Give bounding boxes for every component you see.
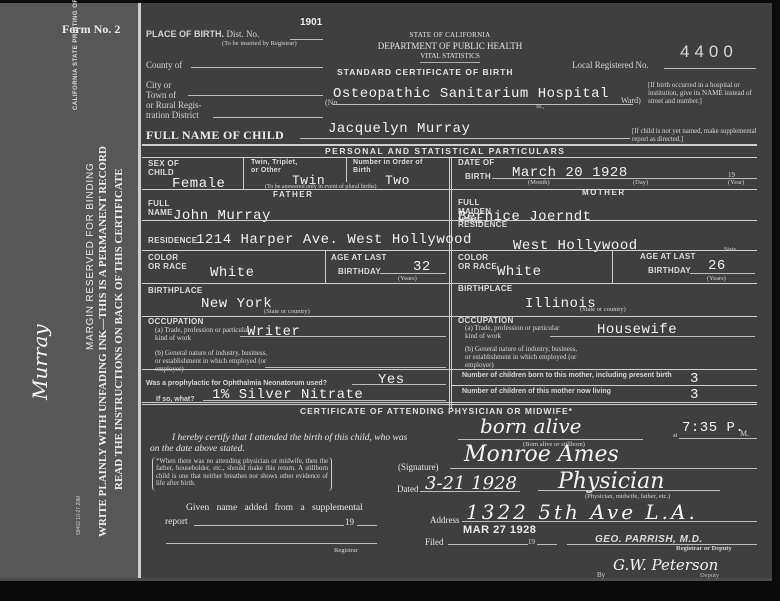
sex-label: SEX OF CHILD	[148, 159, 198, 177]
father-heading: FATHER	[273, 190, 313, 199]
mother-occ-b-label: (b) General nature of industry, business…	[465, 345, 580, 369]
father-occ-a-label: (a) Trade, profession or particular kind…	[155, 326, 260, 342]
mother-color-label: COLOR OR RACE	[458, 253, 502, 271]
county-field	[191, 67, 323, 68]
father-occ-underline	[240, 336, 446, 337]
color-rule	[142, 283, 757, 284]
mother-residence: West Hollywood	[513, 238, 638, 254]
father-name: John Murray	[173, 208, 271, 224]
children-rule	[452, 385, 757, 386]
supplemental-year-underline	[357, 525, 377, 526]
year-prefix: 19	[728, 171, 735, 179]
born-status: born alive	[480, 414, 582, 438]
month-label: (Month)	[528, 179, 550, 187]
father-age-divider	[325, 251, 326, 283]
certify-statement-2: on the date above stated.	[150, 444, 245, 454]
mother-state-label: (State or country)	[580, 306, 626, 314]
dob-label-birth: BIRTH	[465, 172, 491, 181]
supplemental-registrar-field	[166, 543, 377, 544]
state-heading: STATE OF CALIFORNIA	[380, 31, 520, 39]
father-occ-b-underline	[265, 367, 446, 368]
children-born-label: Number of children born to this mother, …	[462, 371, 672, 380]
father-years-label: (Years)	[398, 275, 417, 283]
by-label: By	[597, 571, 605, 579]
supplemental-report-label: report	[165, 517, 188, 527]
filed-underline	[448, 544, 528, 545]
occupation-rule	[142, 369, 757, 370]
row1-rule	[142, 189, 757, 190]
child-name-note: [If child is not yet named, make supplem…	[632, 128, 762, 144]
street-label: St.,	[536, 103, 544, 111]
filed-stamp: MAR 27 1928	[463, 524, 536, 536]
supplemental-year: 19	[345, 517, 354, 527]
mother-age-label: AGE AT LAST	[640, 252, 696, 261]
mother-age-underline	[690, 273, 755, 274]
children-living: 3	[690, 387, 699, 403]
mother-birthplace-label: BIRTHPLACE	[458, 284, 513, 293]
scan-bottom-edge	[0, 581, 780, 601]
father-color-label: COLOR OR RACE	[148, 253, 192, 271]
institution-underline	[333, 104, 633, 105]
heading-rule	[420, 62, 480, 63]
father-birthday-label: BIRTHDAY	[338, 267, 381, 276]
certify-statement: I hereby certify that I attended the bir…	[172, 433, 407, 443]
supplemental-label: Given name added from a supplemental	[186, 503, 363, 513]
father-birthplace-label: BIRTHPLACE	[148, 286, 203, 295]
read-instructions-note: READ THE INSTRUCTIONS ON BACK OF THIS CE…	[113, 168, 125, 490]
dated-underline	[420, 491, 520, 492]
order-value: Two	[385, 173, 410, 188]
local-registered-underline	[664, 68, 756, 69]
child-name-underline	[300, 138, 630, 139]
instruction-note: *When there was no attending physician o…	[156, 458, 328, 487]
deputy-label: Deputy	[700, 572, 719, 580]
dob-label: DATE OF	[458, 158, 495, 167]
birthplace-rule	[142, 316, 757, 317]
born-status-underline	[458, 439, 643, 440]
dist-no-note: (To be inserted by Registrar)	[222, 40, 297, 48]
write-plainly-note: WRITE PLAINLY WITH UNFADING INK—THIS IS …	[97, 146, 109, 537]
mother-age-divider	[612, 251, 613, 283]
child-name-label: FULL NAME OF CHILD	[146, 128, 284, 143]
father-age-label: AGE AT LAST	[331, 253, 387, 262]
physician-signature: Monroe Ames	[464, 442, 619, 467]
filed-label: Filed	[425, 537, 444, 547]
district-field	[213, 117, 323, 118]
place-of-birth-label: PLACE OF BIRTH. Dist. No.	[146, 30, 259, 38]
bureau-heading: VITAL STATISTICS	[380, 52, 520, 60]
mother-age: 26	[708, 258, 726, 274]
county-label: County of	[146, 61, 182, 69]
father-residence: 1214 Harper Ave. West Hollywood	[196, 232, 472, 248]
time-underline	[679, 438, 757, 439]
form-number: Form No. 2	[62, 22, 120, 37]
year-label: (Year)	[728, 179, 744, 187]
prophylactic-what-underline	[203, 400, 446, 401]
institution-name: Osteopathic Sanitarium Hospital	[333, 86, 609, 102]
mother-residence-label: RESIDENCE	[458, 220, 507, 229]
local-registered-no: 4400	[680, 42, 738, 62]
mother-occ-a-label: (a) Trade, profession or particular kind…	[465, 324, 570, 340]
father-state-label: (State or country)	[264, 308, 310, 316]
mother-heading: MOTHER	[582, 188, 626, 197]
dated-label: Dated	[397, 484, 419, 494]
grid-bottom-rule-2	[142, 404, 757, 405]
father-occupation: Writer	[247, 324, 300, 340]
print-code: 59402 10-27 20M	[76, 496, 82, 535]
mother-birthday-label: BIRTHDAY	[648, 266, 691, 275]
father-occupation-label: OCCUPATION	[148, 317, 204, 326]
mother-color: White	[497, 264, 542, 280]
names-rule	[142, 220, 757, 221]
time-suffix: M.	[740, 430, 749, 438]
certificate-title: STANDARD CERTIFICATE OF BIRTH	[337, 67, 513, 77]
local-registered-label: Local Registered No.	[572, 61, 649, 69]
father-birthplace: New York	[201, 296, 272, 312]
supplemental-report-field	[194, 525, 344, 526]
department-heading: DEPARTMENT OF PUBLIC HEALTH	[340, 41, 560, 51]
hospital-note: [If birth occurred in a hospital or inst…	[648, 81, 758, 105]
child-full-name: Jacquelyn Murray	[328, 121, 470, 137]
signature-label: (Signature)	[398, 462, 439, 472]
registrar-label: Registrar or Deputy	[676, 545, 732, 553]
at-label: at	[673, 432, 677, 440]
father-color: White	[210, 265, 255, 281]
filed-year-underline	[537, 544, 557, 545]
printing-office-label: CALIFORNIA STATE PRINTING OFFICE	[72, 0, 81, 110]
dist-no-value: 1901	[300, 17, 322, 28]
birth-time: 7:35 P.	[682, 420, 744, 436]
ward-label: Ward)	[621, 97, 641, 105]
city-label: City or Town of or Rural Regis- tration …	[146, 80, 202, 120]
filed-year-prefix: 19	[528, 538, 535, 546]
personal-section-title: PERSONAL AND STATISTICAL PARTICULARS	[325, 146, 565, 156]
father-residence-label: RESIDENCE	[148, 236, 197, 245]
prophylactic-answer: Yes	[378, 372, 405, 388]
grid-bottom-rule	[142, 402, 757, 403]
children-living-label: Number of children of this mother now li…	[462, 387, 611, 396]
day-label: (Day)	[633, 179, 648, 187]
address-underline	[462, 521, 757, 522]
role-underline	[538, 490, 720, 491]
handwritten-surname: Murray	[28, 324, 52, 400]
supplemental-registrar-label: Registrar	[334, 547, 358, 555]
residence-rule	[142, 250, 757, 251]
address-label: Address	[430, 515, 460, 525]
prophylactic-underline	[352, 384, 446, 385]
father-age-underline	[380, 273, 446, 274]
mother-years-label: (Years)	[707, 275, 726, 283]
city-field	[188, 95, 323, 96]
row1-divider-1	[243, 158, 244, 189]
mother-occ-underline	[550, 336, 755, 337]
margin-reserved-note: MARGIN RESERVED FOR BINDING	[85, 162, 96, 350]
row1-divider-2	[346, 158, 347, 182]
